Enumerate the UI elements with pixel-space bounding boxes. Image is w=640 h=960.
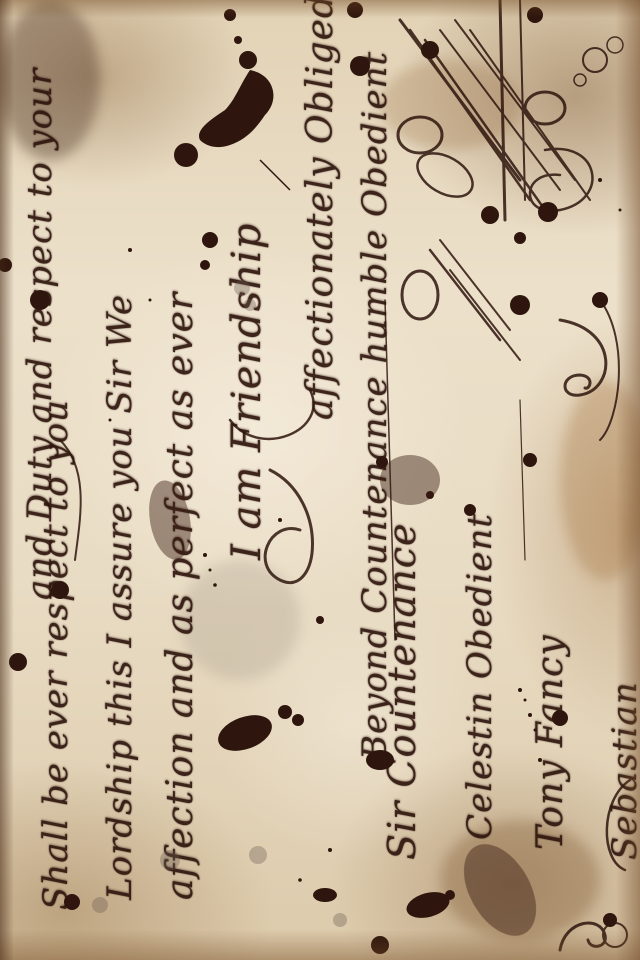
handwriting-line: Celestin Obedient — [460, 513, 500, 840]
tea-stain — [380, 60, 520, 150]
handwriting-line: Lordship this I assure you Sir We — [100, 294, 140, 900]
handwriting-line: and Duty and respect to your — [20, 68, 60, 600]
burnt-edge-bottom — [0, 930, 640, 960]
handwriting-line: Sir Countenance — [380, 523, 424, 860]
handwriting-line: affection and as perfect as ever — [160, 292, 201, 900]
handwriting-line: affectionately Obliged — [300, 0, 341, 420]
burnt-edge-left — [0, 0, 14, 960]
burnt-edge-right — [616, 0, 640, 960]
burnt-edge-top — [0, 0, 640, 18]
parchment-wallpaper: Shall be ever respect to you and Duty an… — [0, 0, 640, 960]
handwriting-line: I am Friendship — [224, 223, 270, 560]
handwriting-line: Tony Fancy — [530, 634, 571, 850]
